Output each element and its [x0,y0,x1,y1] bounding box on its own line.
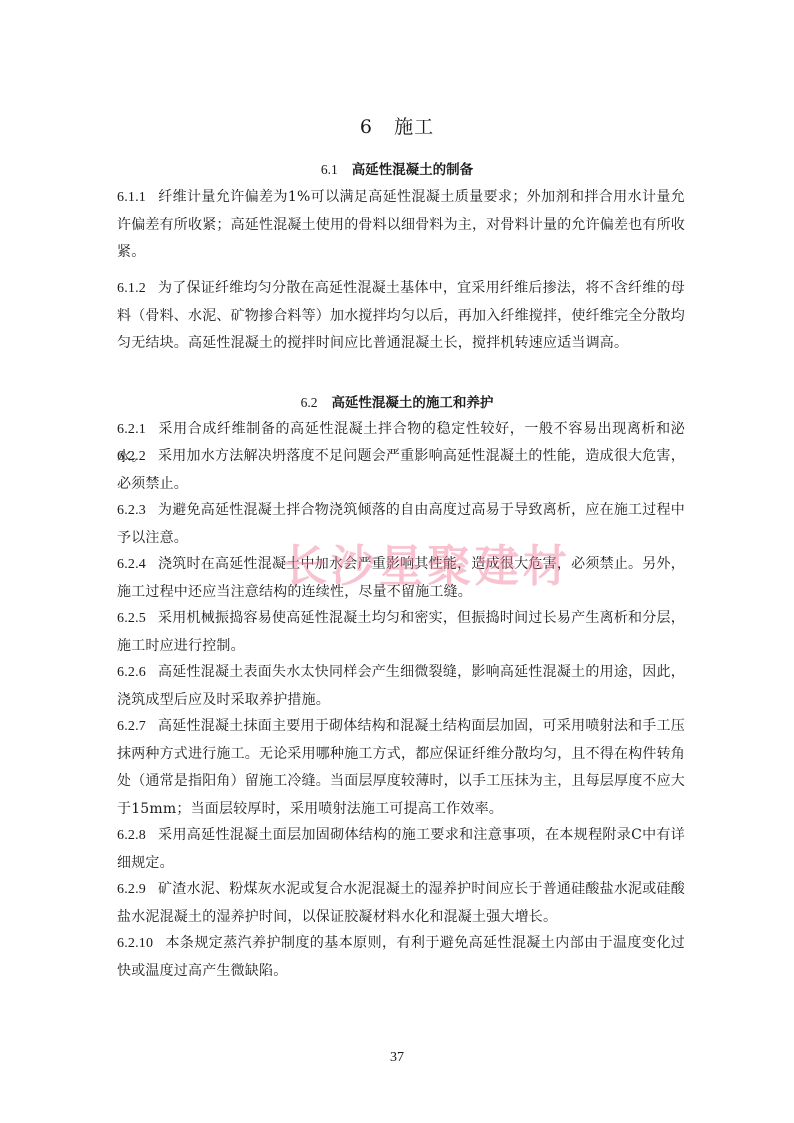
clause-text: 高延性混凝土抹面主要用于砌体结构和混凝土结构面层加固，可采用喷射法和手工压抹两种… [117,718,685,817]
page-number: 37 [0,1050,794,1066]
clause-number: 6.1.1 [117,190,146,205]
clause-number: 6.2.3 [117,503,146,518]
clause-6-1-2: 6.1.2为了保证纤维均匀分散在高延性混凝土基体中，宜采用纤维后掺法，将不含纤维… [117,275,685,358]
clause-text: 为了保证纤维均匀分散在高延性混凝土基体中，宜采用纤维后掺法，将不含纤维的母料（骨… [117,280,685,351]
section-title-text: 高延性混凝土的制备 [352,162,474,178]
clause-6-2-7: 6.2.7高延性混凝土抹面主要用于砌体结构和混凝土结构面层加固，可采用喷射法和手… [117,713,685,823]
clause-number: 6.2.10 [117,936,153,951]
section-number: 6.2 [301,395,318,410]
clause-6-2-2: 6.2.2采用加水方法解决坍落度不足问题会严重影响高延性混凝土的性能，造成很大危… [117,443,685,498]
clause-text: 采用加水方法解决坍落度不足问题会严重影响高延性混凝土的性能，造成很大危害，必须禁… [117,448,685,492]
clause-number: 6.2.9 [117,882,146,897]
clause-number: 6.2.1 [117,422,146,437]
document-page: 6 施工 6.1高延性混凝土的制备 6.1.1纤维计量允许偏差为1%可以满足高延… [0,0,794,1123]
clause-text: 矿渣水泥、粉煤灰水泥或复合水泥混凝土的湿养护时间应长于普通硅酸盐水泥或硅酸盐水泥… [117,881,685,925]
clause-text: 高延性混凝土表面失水太快同样会产生细微裂缝，影响高延性混凝土的用途，因此，浇筑成… [117,664,685,708]
clause-6-2-10: 6.2.10本条规定蒸汽养护制度的基本原则，有利于避免高延性混凝土内部由于温度变… [117,930,685,985]
clause-text: 纤维计量允许偏差为1%可以满足高延性混凝土质量要求；外加剂和拌合用水计量允许偏差… [117,189,685,260]
section-title-text: 高延性混凝土的施工和养护 [331,395,493,411]
clause-number: 6.2.7 [117,719,146,734]
clause-6-2-3: 6.2.3为避免高延性混凝土拌合物浇筑倾落的自由高度过高易于导致离析，应在施工过… [117,497,685,552]
clause-number: 6.1.2 [117,281,146,296]
clause-text: 采用高延性混凝土面层加固砌体结构的施工要求和注意事项，在本规程附录C中有详细规定… [117,827,685,871]
clause-number: 6.2.2 [117,449,146,464]
section-title-6-2: 6.2高延性混凝土的施工和养护 [0,391,794,411]
clause-number: 6.2.6 [117,665,146,680]
chapter-title: 6 施工 [0,112,794,139]
clause-number: 6.2.5 [117,611,146,626]
clause-text: 本条规定蒸汽养护制度的基本原则，有利于避免高延性混凝土内部由于温度变化过快或温度… [117,935,685,979]
clause-6-1-1: 6.1.1纤维计量允许偏差为1%可以满足高延性混凝土质量要求；外加剂和拌合用水计… [117,184,685,267]
clause-6-2-5: 6.2.5采用机械振捣容易使高延性混凝土均匀和密实，但振捣时间过长易产生离析和分… [117,605,685,660]
section-title-6-1: 6.1高延性混凝土的制备 [0,158,794,178]
chapter-number: 6 [360,116,373,138]
clause-6-2-4: 6.2.4浇筑时在高延性混凝土中加水会严重影响其性能，造成很大危害，必须禁止。另… [117,551,685,606]
clause-6-2-9: 6.2.9矿渣水泥、粉煤灰水泥或复合水泥混凝土的湿养护时间应长于普通硅酸盐水泥或… [117,876,685,931]
clause-6-2-8: 6.2.8采用高延性混凝土面层加固砌体结构的施工要求和注意事项，在本规程附录C中… [117,822,685,877]
clause-number: 6.2.8 [117,828,146,843]
clause-text: 浇筑时在高延性混凝土中加水会严重影响其性能，造成很大危害，必须禁止。另外，施工过… [117,556,685,600]
clause-text: 采用机械振捣容易使高延性混凝土均匀和密实，但振捣时间过长易产生离析和分层，施工时… [117,610,685,654]
clause-6-2-6: 6.2.6高延性混凝土表面失水太快同样会产生细微裂缝，影响高延性混凝土的用途，因… [117,659,685,714]
section-number: 6.1 [321,162,338,177]
chapter-title-text: 施工 [394,116,434,138]
clause-number: 6.2.4 [117,557,146,572]
clause-text: 为避免高延性混凝土拌合物浇筑倾落的自由高度过高易于导致离析，应在施工过程中予以注… [117,502,685,546]
